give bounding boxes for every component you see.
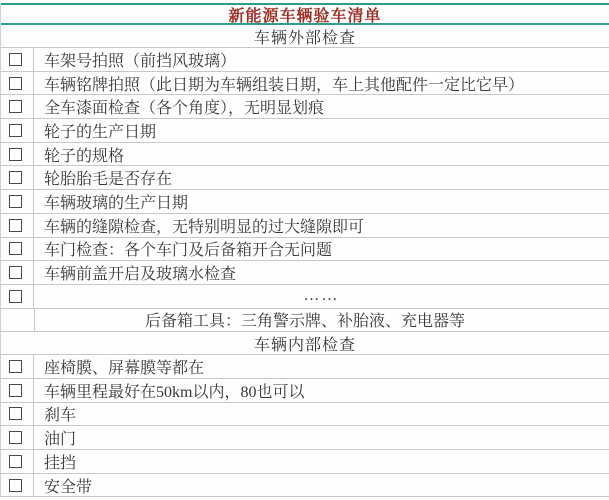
checkbox-cell (1, 403, 34, 426)
checklist-row: 轮子的生产日期 (1, 119, 609, 143)
checkbox-cell (1, 190, 34, 213)
checkbox-icon[interactable] (9, 431, 22, 444)
checkbox-icon[interactable] (9, 479, 22, 492)
section-header-label: 车辆内部检查 (254, 332, 356, 355)
checkbox-cell (1, 72, 34, 95)
checkbox-icon[interactable] (9, 171, 22, 184)
checkbox-icon[interactable] (9, 148, 22, 161)
checkbox-icon[interactable] (9, 290, 22, 303)
checkbox-cell (1, 450, 34, 473)
checklist-row: 车门检查：各个车门及后备箱开合无问题 (1, 238, 609, 262)
checklist-item-label: 轮子的规格 (34, 143, 609, 166)
checklist-item-label: 座椅膜、屏幕膜等都在 (34, 355, 609, 378)
checklist-row: 安全带 (1, 474, 609, 498)
checklist-item-label: 轮胎胎毛是否存在 (34, 166, 609, 189)
checkbox-cell (1, 119, 34, 142)
section-header-exterior: 车辆外部检查 (1, 25, 609, 48)
checklist-item-label: 轮子的生产日期 (34, 119, 609, 142)
checkbox-cell (1, 143, 34, 166)
checklist-row: 轮子的规格 (1, 143, 609, 167)
checklist-item-label: 车门检查：各个车门及后备箱开合无问题 (34, 237, 609, 260)
checkbox-icon[interactable] (9, 124, 22, 137)
checkbox-icon[interactable] (9, 266, 22, 279)
checklist-row: 轮胎胎毛是否存在 (1, 166, 609, 190)
checklist-row: 刹车 (1, 403, 609, 427)
checklist-row: 全车漆面检查（各个角度），无明显划痕 (1, 95, 609, 119)
checkbox-cell (1, 238, 34, 261)
checkbox-cell (1, 285, 34, 308)
checklist-row: 车辆前盖开启及玻璃水检查 (1, 261, 609, 285)
checklist-item-label: 车辆玻璃的生产日期 (34, 190, 609, 213)
checkbox-icon[interactable] (9, 455, 22, 468)
checklist-row: 车辆铭牌拍照（此日期为车辆组装日期，车上其他配件一定比它早） (1, 72, 609, 96)
checklist-item-label: 车辆前盖开启及玻璃水检查 (34, 261, 609, 284)
checklist-item-label: 车辆铭牌拍照（此日期为车辆组装日期，车上其他配件一定比它早） (34, 72, 609, 95)
checkbox-cell (1, 261, 34, 284)
checklist-item-label: 刹车 (34, 402, 609, 425)
checklist-row: 车辆玻璃的生产日期 (1, 190, 609, 214)
checklist-row: 车辆的缝隙检查，无特别明显的过大缝隙即可 (1, 214, 609, 238)
checkbox-cell (1, 426, 34, 449)
checkbox-cell (1, 355, 34, 378)
checklist-row: 座椅膜、屏幕膜等都在 (1, 355, 609, 379)
checkbox-cell (1, 166, 34, 189)
title-row: 新能源车辆验车清单 (1, 3, 609, 25)
checklist-row-ellipsis: …… (1, 285, 609, 309)
checkbox-cell (1, 95, 34, 118)
checklist-item-label: 全车漆面检查（各个角度），无明显划痕 (34, 95, 609, 118)
checkbox-icon[interactable] (9, 384, 22, 397)
checkbox-icon[interactable] (9, 407, 22, 420)
checkbox-icon[interactable] (9, 219, 22, 232)
checkbox-icon[interactable] (9, 360, 22, 373)
checklist-item-label: 安全带 (34, 474, 609, 497)
checkbox-icon[interactable] (9, 53, 22, 66)
checkbox-cell (1, 474, 34, 497)
checklist-item-label: 挂挡 (34, 450, 609, 473)
checkbox-icon[interactable] (9, 77, 22, 90)
checklist-row: 挂挡 (1, 450, 609, 474)
spreadsheet-checklist: 新能源车辆验车清单 车辆外部检查 车架号拍照（前挡风玻璃） 车辆铭牌拍照（此日期… (0, 0, 609, 500)
checklist-row: 车架号拍照（前挡风玻璃） (1, 48, 609, 72)
checklist-row: 车辆里程最好在50km以内，80也可以 (1, 379, 609, 403)
checklist-row: 油门 (1, 426, 609, 450)
checklist-item-label: 油门 (34, 426, 609, 449)
checklist-item-label: 车辆里程最好在50km以内，80也可以 (34, 379, 609, 402)
checkbox-cell (1, 379, 34, 402)
checkbox-icon[interactable] (9, 242, 22, 255)
checkbox-icon[interactable] (9, 100, 22, 113)
checkbox-cell (1, 214, 34, 237)
trunk-tools-note: 后备箱工具：三角警示牌、补胎液、充电器等 (1, 308, 609, 331)
ellipsis-label: …… (34, 287, 609, 305)
trunk-tools-note-row: 后备箱工具：三角警示牌、补胎液、充电器等 (1, 309, 609, 333)
checkbox-icon[interactable] (9, 195, 22, 208)
checklist-item-label: 车架号拍照（前挡风玻璃） (34, 48, 609, 71)
section-header-interior: 车辆内部检查 (1, 332, 609, 355)
checklist-item-label: 车辆的缝隙检查，无特别明显的过大缝隙即可 (34, 214, 609, 237)
checkbox-cell (1, 48, 34, 71)
section-header-label: 车辆外部检查 (254, 25, 356, 48)
checklist-table: 新能源车辆验车清单 车辆外部检查 车架号拍照（前挡风玻璃） 车辆铭牌拍照（此日期… (0, 3, 609, 497)
page-title: 新能源车辆验车清单 (228, 3, 381, 26)
